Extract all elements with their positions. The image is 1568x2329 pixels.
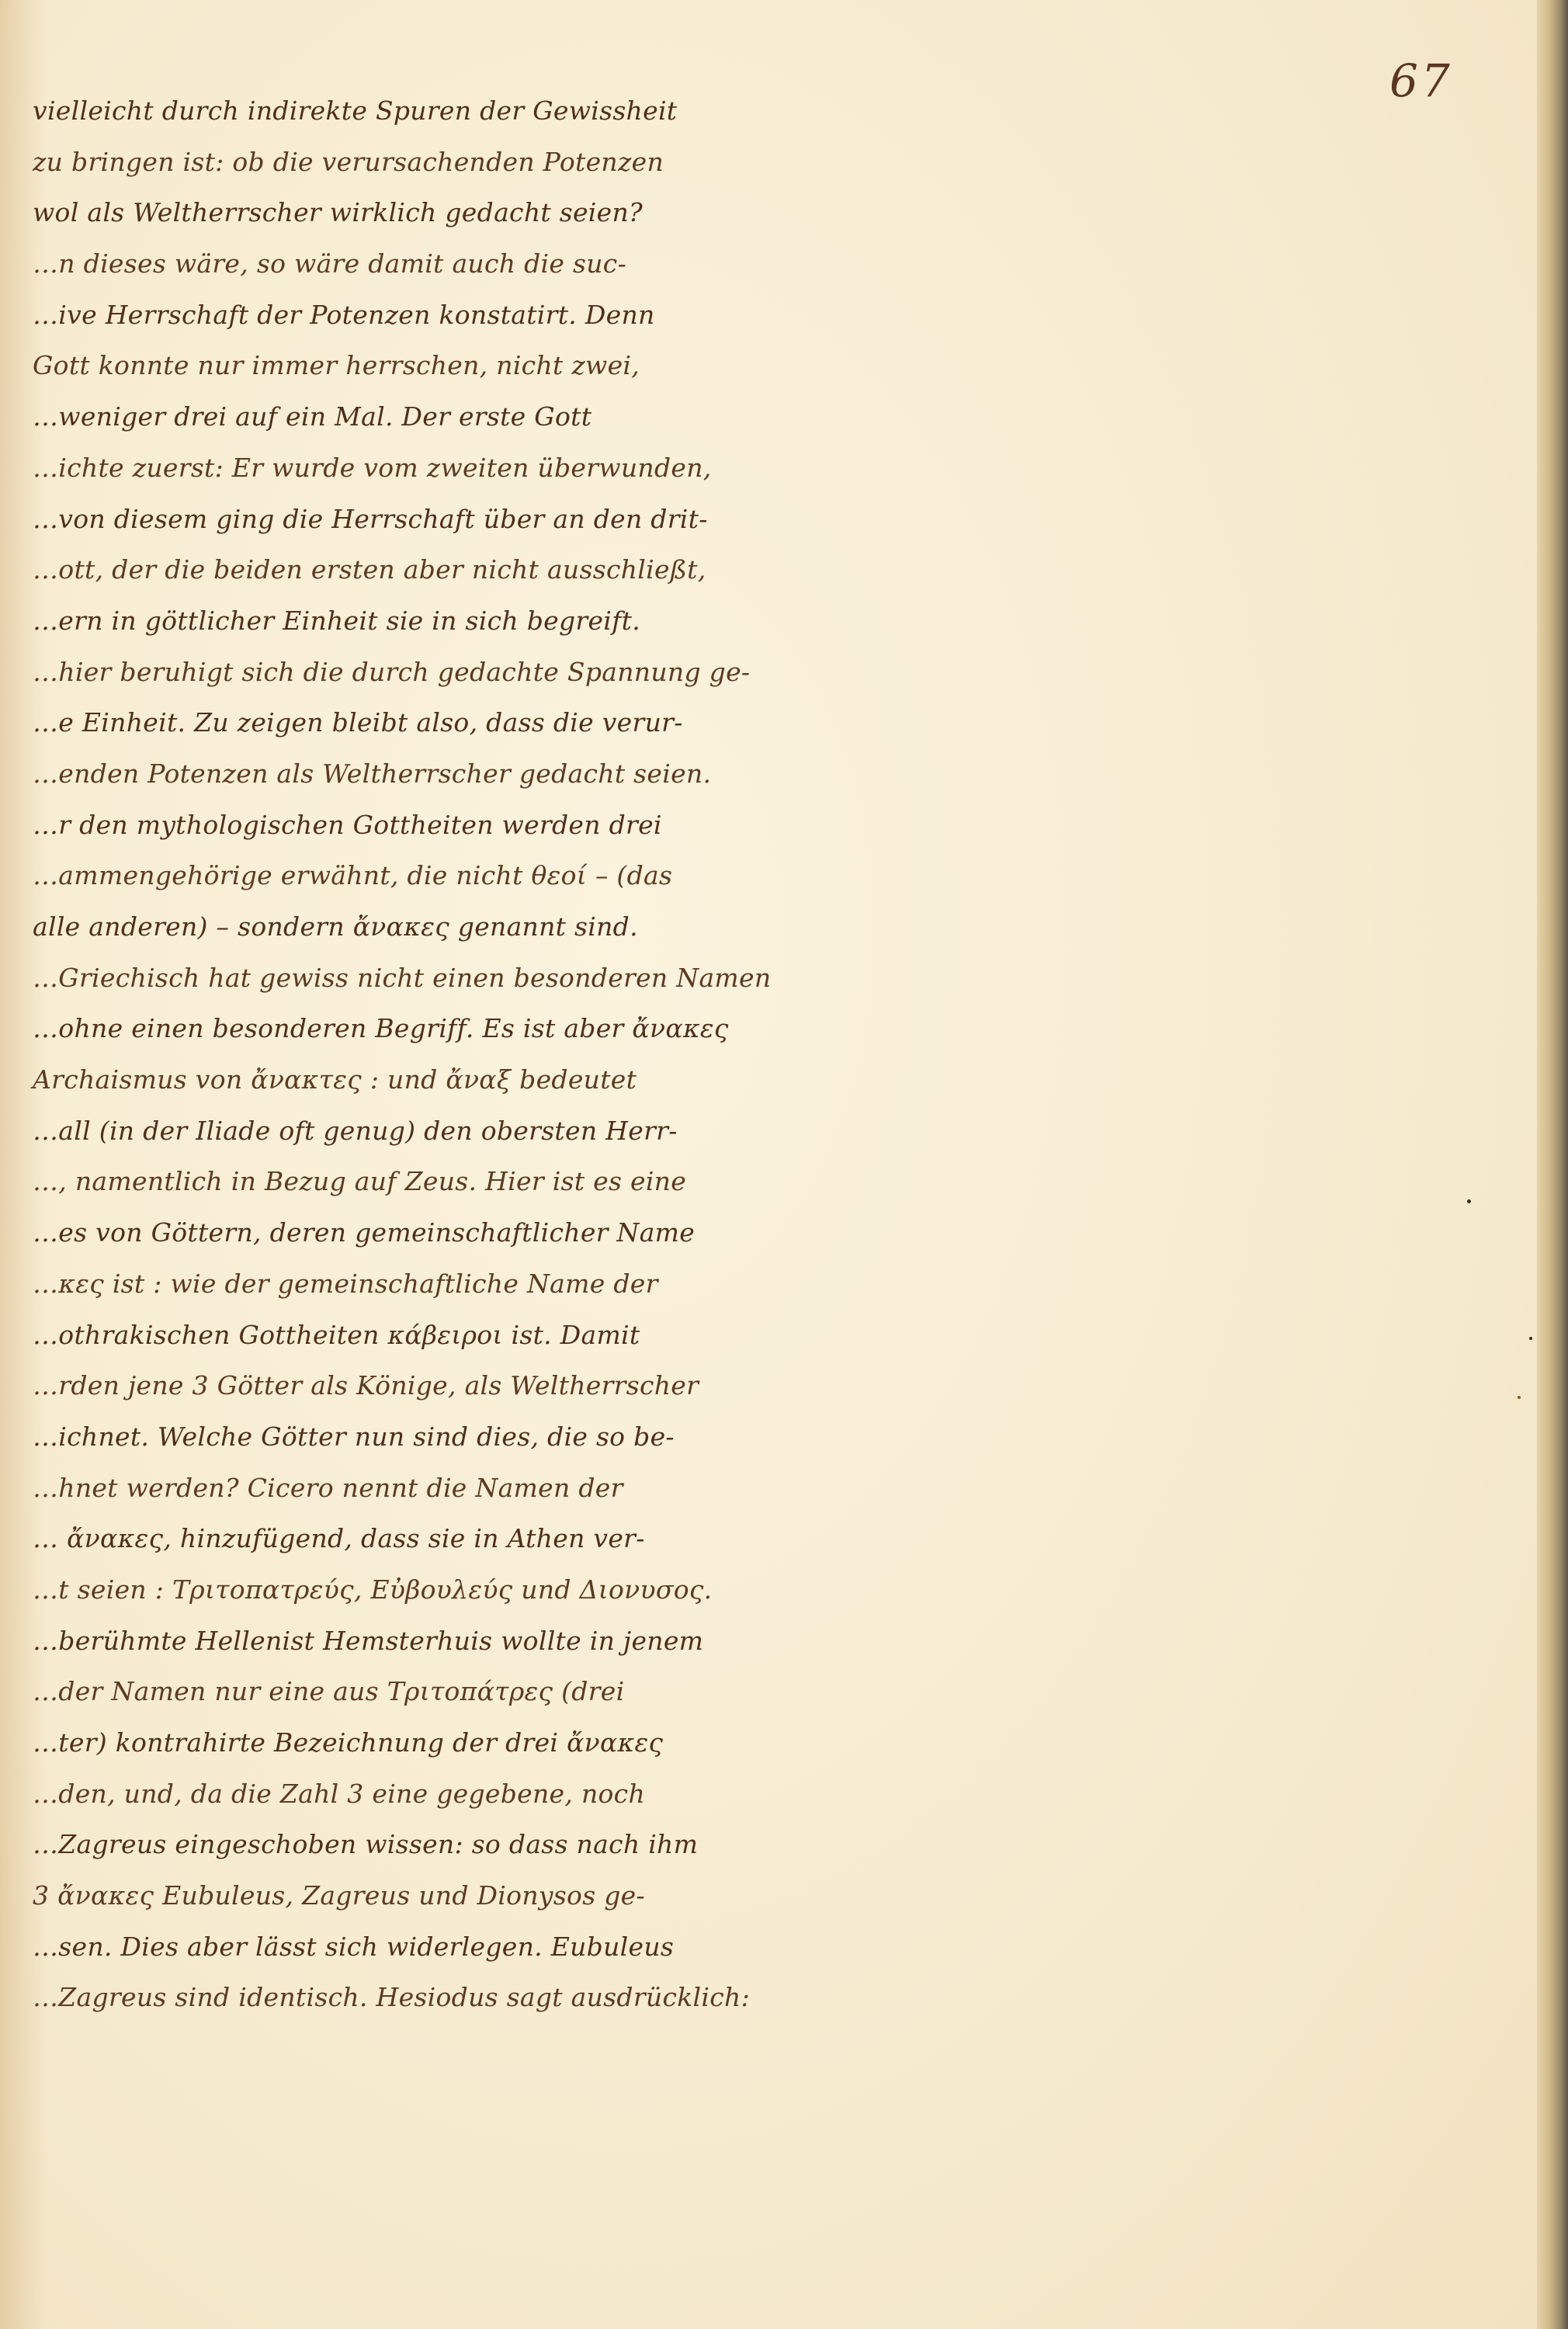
paper-speck bbox=[1529, 1337, 1532, 1340]
text-line: …hnet werden? Cicero nennt die Namen der bbox=[0, 1463, 823, 1514]
paper-speck bbox=[1518, 1396, 1521, 1399]
folio-number: 67 bbox=[1389, 54, 1453, 107]
manuscript-page: 67 vielleicht durch indirekte Spuren der… bbox=[0, 0, 1545, 2329]
text-line: Archaismus von ἄνακτες : und ἄναξ bedeut… bbox=[0, 1054, 823, 1105]
text-line: …all (in der Iliade oft genug) den obers… bbox=[0, 1105, 823, 1157]
text-line: …berühmte Hellenist Hemsterhuis wollte i… bbox=[0, 1616, 823, 1667]
text-line: …κες ist : wie der gemeinschaftliche Nam… bbox=[0, 1258, 823, 1310]
text-line: … ἄνακες, hinzufügend, dass sie in Athen… bbox=[0, 1513, 823, 1564]
text-line: …n dieses wäre, so wäre damit auch die s… bbox=[0, 238, 823, 290]
text-line: …Zagreus sind identisch. Hesiodus sagt a… bbox=[0, 1972, 823, 2023]
text-line: …der Namen nur eine aus Τριτοπάτρες (dre… bbox=[0, 1666, 823, 1717]
text-line: …e Einheit. Zu zeigen bleibt also, dass … bbox=[0, 697, 823, 748]
text-line: vielleicht durch indirekte Spuren der Ge… bbox=[0, 85, 823, 137]
text-line: …r den mythologischen Gottheiten werden … bbox=[0, 800, 823, 851]
text-line: …von diesem ging die Herrschaft über an … bbox=[0, 494, 823, 545]
text-line: …ter) kontrahirte Bezeichnung der drei ἄ… bbox=[0, 1717, 823, 1768]
text-line: 3 ἄνακες Eubuleus, Zagreus und Dionysos … bbox=[0, 1870, 823, 1921]
text-line: …Zagreus eingeschoben wissen: so dass na… bbox=[0, 1819, 823, 1870]
text-line: zu bringen ist: ob die verursachenden Po… bbox=[0, 137, 823, 188]
paper-speck bbox=[1467, 1199, 1471, 1203]
handwritten-text-block: vielleicht durch indirekte Spuren der Ge… bbox=[0, 85, 823, 2023]
text-line: …ammengehörige erwähnt, die nicht θεοί –… bbox=[0, 850, 823, 901]
text-line: …hier beruhigt sich die durch gedachte S… bbox=[0, 647, 823, 698]
text-line: …den, und, da die Zahl 3 eine gegebene, … bbox=[0, 1768, 823, 1820]
text-line: …ichte zuerst: Er wurde vom zweiten über… bbox=[0, 443, 823, 494]
text-line: …Griechisch hat gewiss nicht einen beson… bbox=[0, 953, 823, 1004]
text-line: …ott, der die beiden ersten aber nicht a… bbox=[0, 544, 823, 595]
text-line: Gott konnte nur immer herrschen, nicht z… bbox=[0, 340, 823, 391]
text-line: …t seien : Τριτοπατρεύς, Εὐβουλεύς und Δ… bbox=[0, 1564, 823, 1616]
text-line: …ive Herrschaft der Potenzen konstatirt.… bbox=[0, 290, 823, 341]
text-line: …es von Göttern, deren gemeinschaftliche… bbox=[0, 1207, 823, 1258]
text-line: …, namentlich in Bezug auf Zeus. Hier is… bbox=[0, 1156, 823, 1207]
text-line: wol als Weltherrscher wirklich gedacht s… bbox=[0, 187, 823, 238]
text-line: …enden Potenzen als Weltherrscher gedach… bbox=[0, 748, 823, 800]
text-line: …sen. Dies aber lässt sich widerlegen. E… bbox=[0, 1921, 823, 1973]
page-edge bbox=[1537, 0, 1568, 2329]
text-line: alle anderen) – sondern ἄνακες genannt s… bbox=[0, 901, 823, 953]
text-line: …ichnet. Welche Götter nun sind dies, di… bbox=[0, 1411, 823, 1463]
text-line: …ohne einen besonderen Begriff. Es ist a… bbox=[0, 1003, 823, 1054]
text-line: …rden jene 3 Götter als Könige, als Welt… bbox=[0, 1360, 823, 1411]
text-line: …ern in göttlicher Einheit sie in sich b… bbox=[0, 595, 823, 647]
text-line: …othrakischen Gottheiten κάβειροι ist. D… bbox=[0, 1310, 823, 1361]
text-line: …weniger drei auf ein Mal. Der erste Got… bbox=[0, 391, 823, 443]
